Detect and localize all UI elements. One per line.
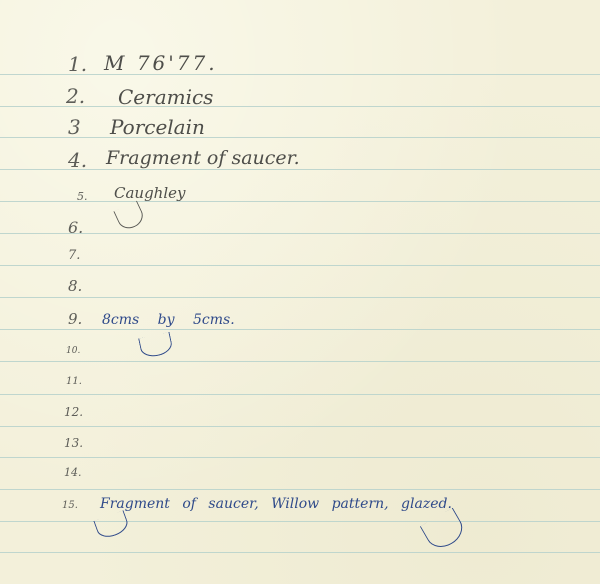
- entry-text: Fragment of saucer.: [106, 147, 300, 169]
- entry-number: 3: [68, 115, 81, 139]
- notebook-page: 1. M 76'77. 2. Ceramics 3 Porcelain 4. F…: [0, 0, 600, 584]
- entry-number: 8.: [68, 277, 82, 295]
- ruled-line: [0, 201, 600, 202]
- entry-text: M 76'77.: [104, 51, 218, 75]
- entry-text: Caughley: [114, 184, 186, 202]
- entry-number: 15.: [62, 500, 78, 511]
- entry-number: 7.: [68, 248, 80, 263]
- entry-number: 12.: [64, 405, 83, 419]
- check-mark-icon: [138, 332, 174, 359]
- entry-number: 14.: [64, 466, 82, 479]
- entry-number: 13.: [64, 436, 83, 450]
- ruled-line: [0, 489, 600, 490]
- check-mark-icon: [93, 510, 130, 541]
- entry-text: Fragment of saucer, Willow pattern, glaz…: [100, 496, 452, 512]
- ruled-line: [0, 169, 600, 170]
- ruled-line: [0, 426, 600, 427]
- ruled-line: [0, 521, 600, 522]
- entry-text: Porcelain: [110, 115, 205, 139]
- entry-number: 4.: [68, 148, 87, 172]
- entry-number: 11.: [66, 376, 82, 387]
- ruled-line: [0, 361, 600, 362]
- ruled-line: [0, 552, 600, 553]
- ruled-line: [0, 137, 600, 138]
- entry-number: 10.: [66, 346, 80, 356]
- entry-number: 9.: [68, 310, 82, 328]
- check-mark-icon: [420, 508, 468, 554]
- ruled-line: [0, 233, 600, 234]
- ruled-line: [0, 457, 600, 458]
- entry-number: 5.: [77, 190, 88, 203]
- entry-text: 8cms by 5cms.: [102, 312, 235, 328]
- ruled-line: [0, 297, 600, 298]
- ruled-line: [0, 394, 600, 395]
- entry-text: Ceramics: [118, 85, 213, 109]
- entry-number: 2.: [66, 84, 85, 108]
- ruled-line: [0, 106, 600, 107]
- entry-number: 1.: [68, 52, 87, 76]
- check-mark-icon: [113, 201, 146, 233]
- entry-number: 6.: [68, 218, 83, 237]
- ruled-line: [0, 329, 600, 330]
- ruled-line: [0, 265, 600, 266]
- ruled-line: [0, 74, 600, 75]
